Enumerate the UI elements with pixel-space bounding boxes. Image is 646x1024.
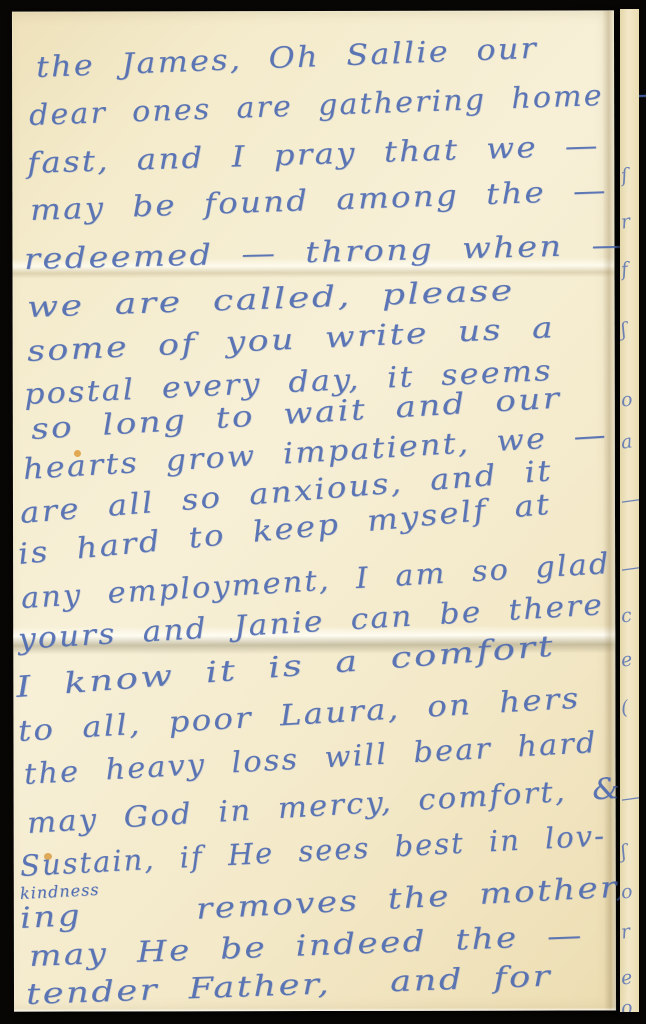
- stray-pen-mark: a: [620, 430, 634, 453]
- stray-pen-mark: o: [620, 880, 634, 903]
- stray-pen-mark: —: [620, 488, 639, 512]
- adjacent-page-edge: ſ r f ʃ o a — — c e ( — ʃ o r e o: [620, 9, 639, 1012]
- stray-pen-mark: o: [620, 996, 634, 1012]
- page-edge-shading: [602, 10, 616, 1010]
- stray-pen-mark: r: [620, 210, 632, 233]
- stray-pen-mark: r: [620, 920, 632, 943]
- stray-pen-mark: ſ: [620, 165, 630, 188]
- stray-pen-mark: —: [620, 556, 639, 580]
- stray-pen-mark: e: [620, 648, 634, 671]
- stray-pen-mark: e: [620, 966, 634, 989]
- stray-pen-mark: —: [620, 786, 639, 810]
- scanned-letter-background: the James, Oh Sallie our dear ones are g…: [0, 0, 646, 1024]
- stray-pen-mark: ʃ: [620, 319, 628, 342]
- stray-pen-mark: c: [620, 604, 633, 627]
- stray-pen-mark: (: [620, 697, 630, 720]
- stray-pen-mark: f: [620, 259, 630, 282]
- stray-pen-mark: ʃ: [620, 841, 628, 864]
- stray-pen-mark: o: [620, 388, 634, 411]
